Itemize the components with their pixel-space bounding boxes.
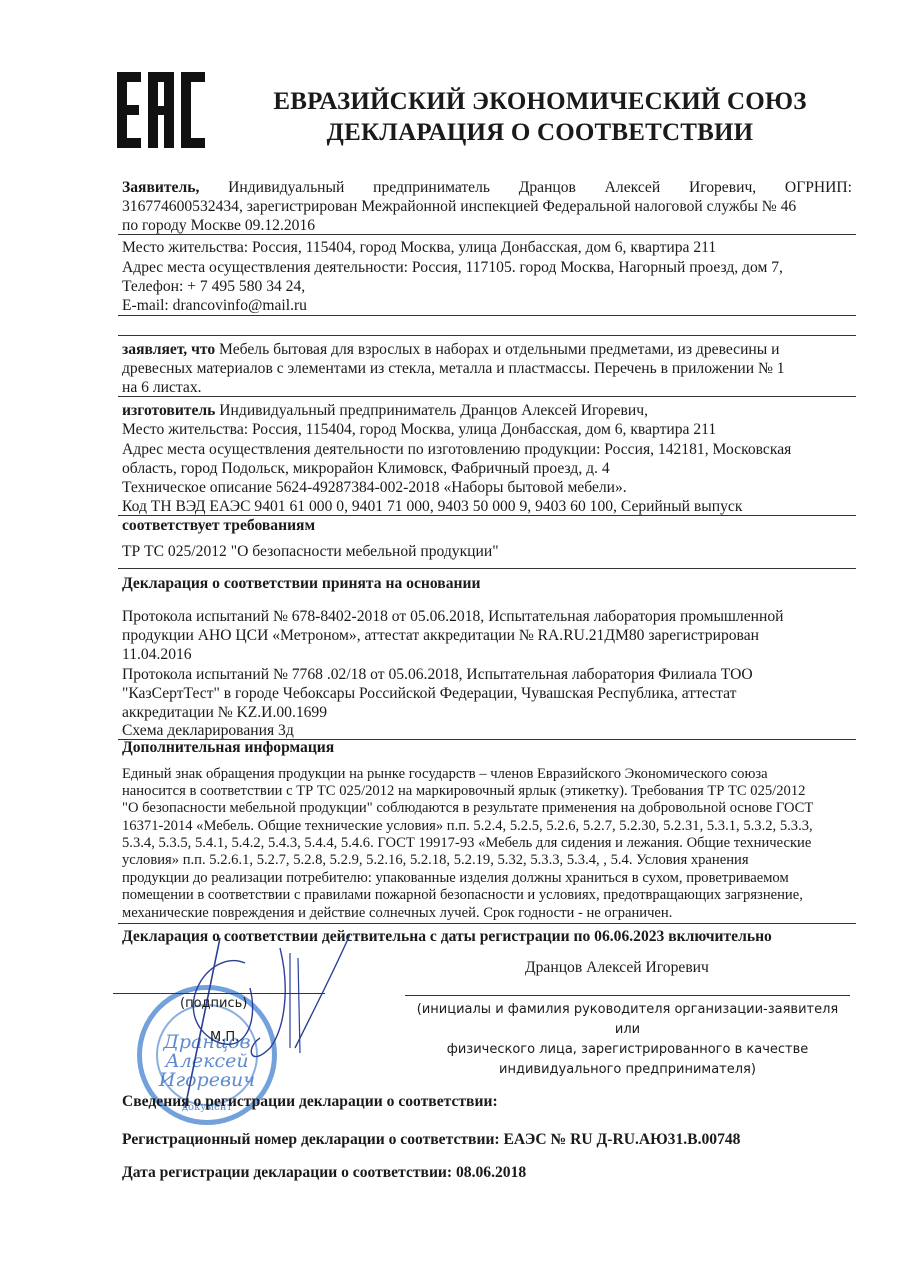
additional-info-label: Дополнительная информация [122,738,852,757]
validity-statement: Декларация о соответствии действительна … [122,927,852,946]
name-caption: (инициалы и фамилия руководителя организ… [405,1000,850,1080]
requirements-label: соответствует требованиям [122,516,852,535]
divider [118,335,856,336]
requirements-value: ТР ТС 025/2012 "О безопасности мебельной… [122,542,852,561]
applicant-activity-address: Адрес места осуществления деятельности: … [122,258,852,277]
hs-codes: Код ТН ВЭД ЕАЭС 9401 61 000 0, 9401 71 0… [122,497,852,516]
declares-line3: на 6 листах. [122,378,852,397]
additional-info-line: "О безопасности мебельной продукции" соб… [122,800,852,817]
applicant-residence: Место жительства: Россия, 115404, город … [122,238,852,257]
protocol1-line2: продукции АНО ЦСИ «Метроном», аттестат а… [122,626,852,645]
protocol1-line3: 11.04.2016 [122,645,852,664]
registration-heading: Сведения о регистрации декларации о соот… [122,1092,852,1111]
signature-line [113,993,325,994]
manufacturer-line1: изготовитель Индивидуальный предпринимат… [122,401,852,420]
manufacturer-address-line2: область, город Подольск, микрорайон Клим… [122,459,852,478]
stamp-text-surname: Дранцов [142,1032,272,1052]
applicant-line2: 316774600532434, зарегистрирован Межрайо… [122,197,852,216]
additional-info-line: наносится в соответствии с ТР ТС 025/201… [122,783,852,800]
declares-line1: заявляет, что Мебель бытовая для взрослы… [122,340,852,359]
logo-letter-a [148,72,174,148]
document-title: ЕВРАЗИЙСКИЙ ЭКОНОМИЧЕСКИЙ СОЮЗ ДЕКЛАРАЦИ… [250,86,830,148]
divider [118,234,856,235]
signatory-name: Дранцов Алексей Игоревич [525,958,825,977]
divider [118,923,856,924]
manufacturer-address-line1: Адрес места осуществления деятельности п… [122,440,852,459]
stamp-text-patronymic: Игоревич [142,1070,272,1090]
registration-number: Регистрационный номер декларации о соотв… [122,1130,852,1149]
protocol1-line1: Протокола испытаний № 678-8402-2018 от 0… [122,607,852,626]
protocol2-line1: Протокола испытаний № 7768 .02/18 от 05.… [122,665,852,684]
technical-description: Техническое описание 5624-49287384-002-2… [122,478,852,497]
logo-letter-e [117,72,141,148]
applicant-line3: по городу Москве 09.12.2016 [122,216,852,235]
registration-date: Дата регистрации декларации о соответств… [122,1163,852,1182]
eac-logo [117,72,207,148]
manufacturer-label: изготовитель [122,402,215,419]
stamp-text-name: Алексей [142,1051,272,1071]
declares-line2: древесных материалов с элементами из сте… [122,359,852,378]
applicant-email: E-mail: drancovinfo@mail.ru [122,296,852,315]
additional-info-line: 5.3.4, 5.3.5, 5.4.1, 5.4.2, 5.4.3, 5.4.4… [122,835,852,852]
applicant-phone: Телефон: + 7 495 580 34 24, [122,277,852,296]
union-title: ЕВРАЗИЙСКИЙ ЭКОНОМИЧЕСКИЙ СОЮЗ [250,86,830,117]
applicant-line1: Заявитель, Индивидуальный предпринимател… [122,178,852,197]
divider [118,568,856,569]
manufacturer-residence: Место жительства: Россия, 115404, город … [122,420,852,439]
additional-info-line: Единый знак обращения продукции на рынке… [122,766,852,783]
basis-label: Декларация о соответствии принята на осн… [122,574,852,593]
name-line [405,995,850,996]
divider [118,396,856,397]
signature-caption: (подпись) [180,996,247,1011]
additional-info-line: помещении в соответствии с правилами пож… [122,887,852,904]
protocol2-line3: аккредитации № KZ.И.00.1699 [122,703,852,722]
additional-info-line: продукции до реализации потребителю: упа… [122,870,852,887]
additional-info-line: механические повреждения и действие солн… [122,905,852,922]
additional-info-line: условия» п.п. 5.2.6.1, 5.2.7, 5.2.8, 5.2… [122,852,852,869]
declares-label: заявляет, что [122,341,215,358]
logo-letter-c [181,72,205,148]
additional-info-line: 16371-2014 «Мебель. Общие технические ус… [122,818,852,835]
divider [118,315,856,316]
applicant-label: Заявитель, [122,179,199,196]
protocol2-line2: "КазСертТест" в городе Чебоксары Российс… [122,684,852,703]
declaration-title: ДЕКЛАРАЦИЯ О СООТВЕТСТВИИ [250,117,830,148]
seal-caption: М.П. [210,1030,239,1045]
